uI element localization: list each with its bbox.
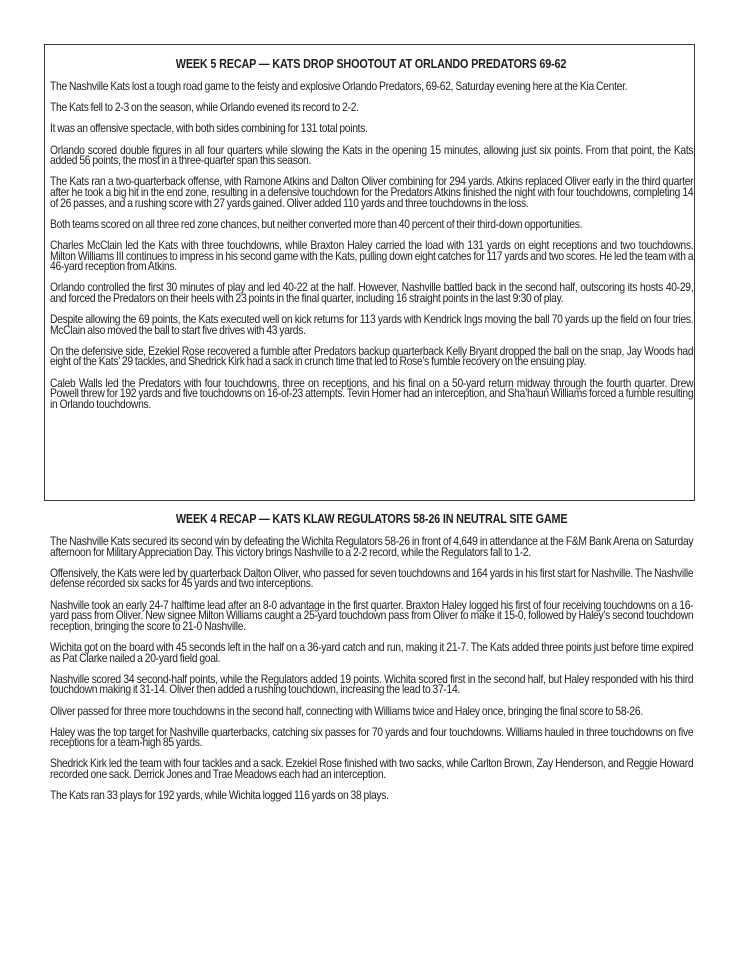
paragraph: Orlando controlled the first 30 minutes … [50, 282, 693, 303]
paragraph: Caleb Walls led the Predators with four … [50, 378, 693, 410]
paragraph: Shedrick Kirk led the team with four tac… [50, 758, 693, 779]
paragraph: The Nashville Kats lost a tough road gam… [50, 81, 693, 92]
paragraph: The Kats fell to 2-3 on the season, whil… [50, 102, 693, 113]
paragraph: Both teams scored on all three red zone … [50, 219, 693, 230]
paragraph: On the defensive side, Ezekiel Rose reco… [50, 346, 693, 367]
paragraph: Wichita got on the board with 45 seconds… [50, 642, 693, 663]
paragraph: Haley was the top target for Nashville q… [50, 727, 693, 748]
week4-recap-body: The Nashville Kats secured its second wi… [50, 536, 693, 801]
week5-recap-section: WEEK 5 RECAP — KATS DROP SHOOTOUT AT ORL… [50, 57, 693, 420]
paragraph: Charles McClain led the Kats with three … [50, 240, 693, 272]
paragraph: Nashville took an early 24-7 halftime le… [50, 600, 693, 632]
paragraph: Offensively, the Kats were led by quarte… [50, 568, 693, 589]
paragraph: The Nashville Kats secured its second wi… [50, 536, 693, 557]
week4-recap-title: WEEK 4 RECAP — KATS KLAW REGULATORS 58-2… [50, 512, 693, 526]
week5-recap-body: The Nashville Kats lost a tough road gam… [50, 81, 693, 409]
paragraph: Oliver passed for three more touchdowns … [50, 706, 693, 717]
paragraph: The Kats ran 33 plays for 192 yards, whi… [50, 790, 693, 801]
week4-recap-section: WEEK 4 RECAP — KATS KLAW REGULATORS 58-2… [50, 512, 693, 811]
week5-recap-title: WEEK 5 RECAP — KATS DROP SHOOTOUT AT ORL… [50, 57, 693, 71]
paragraph: Nashville scored 34 second-half points, … [50, 674, 693, 695]
paragraph: The Kats ran a two-quarterback offense, … [50, 176, 693, 208]
paragraph: It was an offensive spectacle, with both… [50, 123, 693, 134]
paragraph: Orlando scored double figures in all fou… [50, 145, 693, 166]
paragraph: Despite allowing the 69 points, the Kats… [50, 314, 693, 335]
